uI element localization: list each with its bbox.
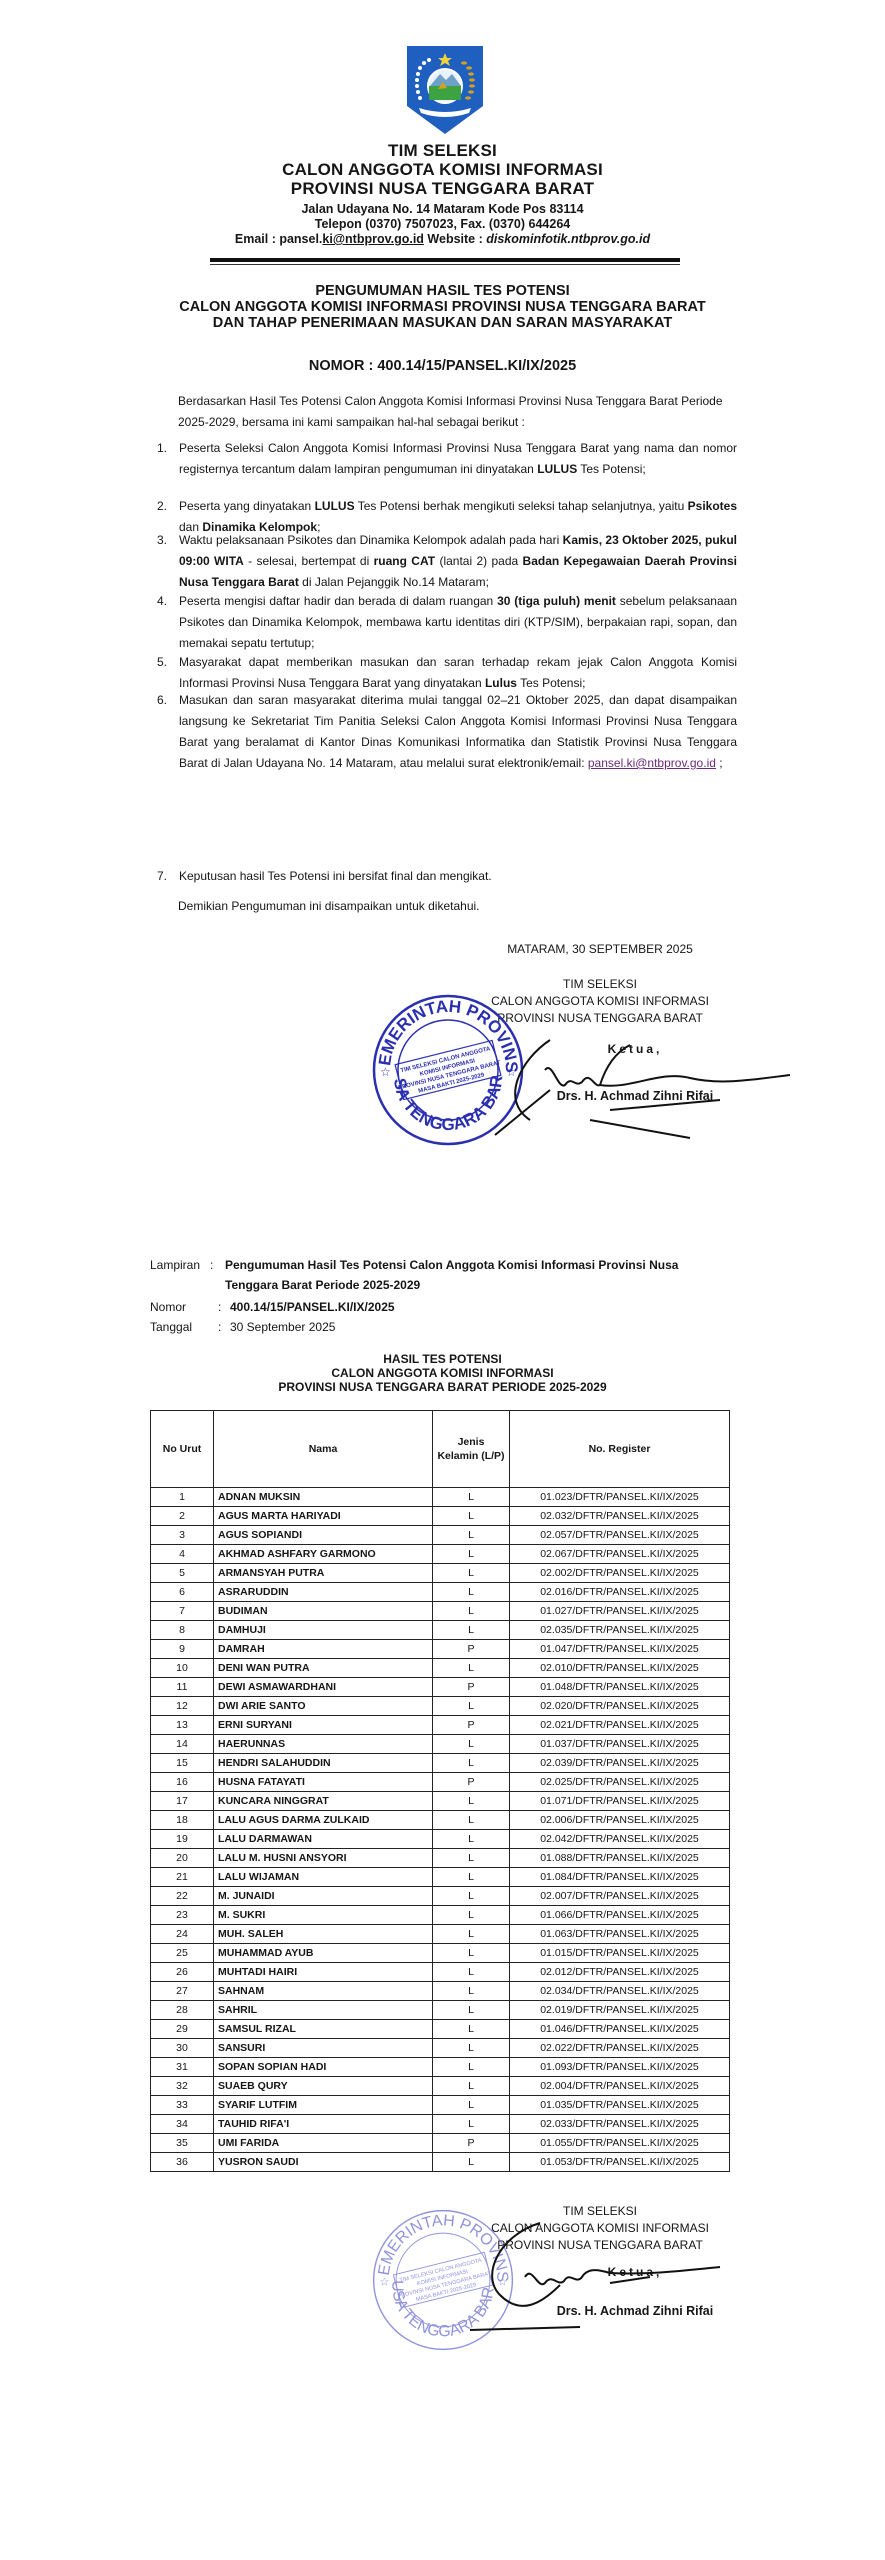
- item-number: 3.: [157, 530, 179, 593]
- announcement-intro: Berdasarkan Hasil Tes Potensi Calon Angg…: [178, 391, 738, 433]
- cell-nama: TAUHID RIFA'I: [214, 2115, 433, 2134]
- table-row: 34TAUHID RIFA'IL02.033/DFTR/PANSEL.KI/IX…: [151, 2115, 730, 2134]
- cell-jenis-kelamin: L: [433, 2058, 510, 2077]
- cell-nama: ARMANSYAH PUTRA: [214, 1564, 433, 1583]
- cell-nama: SAHRIL: [214, 2001, 433, 2020]
- table-row: 28SAHRILL02.019/DFTR/PANSEL.KI/IX/2025: [151, 2001, 730, 2020]
- cell-no-register: 01.023/DFTR/PANSEL.KI/IX/2025: [510, 1488, 730, 1507]
- cell-nama: SANSURI: [214, 2039, 433, 2058]
- cell-no-register: 02.042/DFTR/PANSEL.KI/IX/2025: [510, 1830, 730, 1849]
- emphasis: LULUS: [315, 499, 355, 513]
- table-row: 12DWI ARIE SANTOL02.020/DFTR/PANSEL.KI/I…: [151, 1697, 730, 1716]
- col-jenis-kelamin: Jenis Kelamin (L/P): [433, 1411, 510, 1488]
- table-row: 1ADNAN MUKSINL01.023/DFTR/PANSEL.KI/IX/2…: [151, 1488, 730, 1507]
- table-row: 31SOPAN SOPIAN HADIL01.093/DFTR/PANSEL.K…: [151, 2058, 730, 2077]
- cell-no-register: 02.067/DFTR/PANSEL.KI/IX/2025: [510, 1545, 730, 1564]
- cell-no-register: 01.088/DFTR/PANSEL.KI/IX/2025: [510, 1849, 730, 1868]
- cell-nama: HENDRI SALAHUDDIN: [214, 1754, 433, 1773]
- cell-no-register: 01.015/DFTR/PANSEL.KI/IX/2025: [510, 1944, 730, 1963]
- letterhead-rule-thick: [210, 258, 680, 262]
- text-run: Peserta Seleksi Calon Anggota Komisi Inf…: [179, 441, 737, 476]
- cell-no-urut: 33: [151, 2096, 214, 2115]
- table-row: 24MUH. SALEHL01.063/DFTR/PANSEL.KI/IX/20…: [151, 1925, 730, 1944]
- cell-no-register: 02.034/DFTR/PANSEL.KI/IX/2025: [510, 1982, 730, 2001]
- announcement-item: 7.Keputusan hasil Tes Potensi ini bersif…: [157, 866, 737, 887]
- text-run: Peserta mengisi daftar hadir dan berada …: [179, 594, 497, 608]
- website-label: Website :: [424, 232, 486, 246]
- letterhead-title-2: CALON ANGGOTA KOMISI INFORMASI: [0, 160, 885, 180]
- cell-jenis-kelamin: L: [433, 2020, 510, 2039]
- nomor-value: 400.14/15/PANSEL.KI/IX/2025: [230, 1297, 670, 1317]
- cell-no-register: 01.071/DFTR/PANSEL.KI/IX/2025: [510, 1792, 730, 1811]
- cell-nama: MUHAMMAD AYUB: [214, 1944, 433, 1963]
- announcement-item: 4.Peserta mengisi daftar hadir dan berad…: [157, 591, 737, 654]
- text-run: - selesai, bertempat di: [244, 554, 374, 568]
- cell-jenis-kelamin: L: [433, 1830, 510, 1849]
- website-link[interactable]: diskominfotik.ntbprov.go.id: [486, 232, 650, 246]
- table-row: 21LALU WIJAMANL01.084/DFTR/PANSEL.KI/IX/…: [151, 1868, 730, 1887]
- table-row: 15HENDRI SALAHUDDINL02.039/DFTR/PANSEL.K…: [151, 1754, 730, 1773]
- cell-no-urut: 24: [151, 1925, 214, 1944]
- cell-no-urut: 29: [151, 2020, 214, 2039]
- item-text: Waktu pelaksanaan Psikotes dan Dinamika …: [179, 530, 737, 593]
- table-row: 22M. JUNAIDIL02.007/DFTR/PANSEL.KI/IX/20…: [151, 1887, 730, 1906]
- cell-jenis-kelamin: P: [433, 1640, 510, 1659]
- text-run: Masyarakat dapat memberikan masukan dan …: [179, 655, 737, 690]
- tanggal-value: 30 September 2025: [230, 1317, 670, 1337]
- cell-nama: M. JUNAIDI: [214, 1887, 433, 1906]
- cell-nama: ERNI SURYANI: [214, 1716, 433, 1735]
- table-row: 5ARMANSYAH PUTRAL02.002/DFTR/PANSEL.KI/I…: [151, 1564, 730, 1583]
- cell-nama: DAMHUJI: [214, 1621, 433, 1640]
- cell-no-register: 02.016/DFTR/PANSEL.KI/IX/2025: [510, 1583, 730, 1602]
- colon: :: [210, 1255, 213, 1275]
- cell-no-register: 02.033/DFTR/PANSEL.KI/IX/2025: [510, 2115, 730, 2134]
- table-header-row: No Urut Nama Jenis Kelamin (L/P) No. Reg…: [151, 1411, 730, 1488]
- cell-no-register: 02.025/DFTR/PANSEL.KI/IX/2025: [510, 1773, 730, 1792]
- cell-nama: AGUS SOPIANDI: [214, 1526, 433, 1545]
- cell-no-urut: 6: [151, 1583, 214, 1602]
- emphasis: ruang CAT: [374, 554, 435, 568]
- cell-jenis-kelamin: L: [433, 1754, 510, 1773]
- cell-jenis-kelamin: L: [433, 1849, 510, 1868]
- cell-nama: ASRARUDDIN: [214, 1583, 433, 1602]
- cell-no-urut: 13: [151, 1716, 214, 1735]
- cell-jenis-kelamin: P: [433, 2134, 510, 2153]
- cell-nama: YUSRON SAUDI: [214, 2153, 433, 2172]
- cell-no-register: 01.084/DFTR/PANSEL.KI/IX/2025: [510, 1868, 730, 1887]
- col-no-register: No. Register: [510, 1411, 730, 1488]
- cell-jenis-kelamin: L: [433, 1868, 510, 1887]
- letterhead-title-1: TIM SELEKSI: [0, 141, 885, 161]
- cell-no-urut: 32: [151, 2077, 214, 2096]
- cell-jenis-kelamin: L: [433, 2153, 510, 2172]
- cell-nama: LALU M. HUSNI ANSYORI: [214, 1849, 433, 1868]
- cell-no-urut: 15: [151, 1754, 214, 1773]
- emphasis: 30 (tiga puluh) menit: [497, 594, 616, 608]
- table-row: 14HAERUNNASL01.037/DFTR/PANSEL.KI/IX/202…: [151, 1735, 730, 1754]
- cell-no-register: 02.004/DFTR/PANSEL.KI/IX/2025: [510, 2077, 730, 2096]
- table-row: 2AGUS MARTA HARIYADIL02.032/DFTR/PANSEL.…: [151, 1507, 730, 1526]
- cell-no-urut: 36: [151, 2153, 214, 2172]
- table-row: 33SYARIF LUTFIML01.035/DFTR/PANSEL.KI/IX…: [151, 2096, 730, 2115]
- cell-no-urut: 21: [151, 1868, 214, 1887]
- cell-no-urut: 18: [151, 1811, 214, 1830]
- table-row: 30SANSURIL02.022/DFTR/PANSEL.KI/IX/2025: [151, 2039, 730, 2058]
- cell-no-register: 02.032/DFTR/PANSEL.KI/IX/2025: [510, 1507, 730, 1526]
- cell-jenis-kelamin: P: [433, 1716, 510, 1735]
- text-run: Keputusan hasil Tes Potensi ini bersifat…: [179, 869, 492, 883]
- text-run: Tes Potensi berhak mengikuti seleksi tah…: [355, 499, 688, 513]
- cell-nama: M. SUKRI: [214, 1906, 433, 1925]
- emphasis: Psikotes: [688, 499, 737, 513]
- letterhead-rule-thin: [210, 264, 680, 265]
- results-table: No Urut Nama Jenis Kelamin (L/P) No. Reg…: [150, 1410, 730, 2172]
- cell-jenis-kelamin: L: [433, 1925, 510, 1944]
- cell-no-register: 01.063/DFTR/PANSEL.KI/IX/2025: [510, 1925, 730, 1944]
- table-row: 23M. SUKRIL01.066/DFTR/PANSEL.KI/IX/2025: [151, 1906, 730, 1925]
- announcement-item: 5.Masyarakat dapat memberikan masukan da…: [157, 652, 737, 694]
- item-number: 6.: [157, 690, 179, 774]
- table-row: 3AGUS SOPIANDIL02.057/DFTR/PANSEL.KI/IX/…: [151, 1526, 730, 1545]
- cell-jenis-kelamin: L: [433, 1906, 510, 1925]
- table-row: 16HUSNA FATAYATIP02.025/DFTR/PANSEL.KI/I…: [151, 1773, 730, 1792]
- cell-nama: HUSNA FATAYATI: [214, 1773, 433, 1792]
- table-row: 11DEWI ASMAWARDHANIP01.048/DFTR/PANSEL.K…: [151, 1678, 730, 1697]
- item-number: 4.: [157, 591, 179, 654]
- cell-no-urut: 4: [151, 1545, 214, 1564]
- cell-nama: LALU AGUS DARMA ZULKAID: [214, 1811, 433, 1830]
- cell-no-register: 01.055/DFTR/PANSEL.KI/IX/2025: [510, 2134, 730, 2153]
- cell-no-register: 01.037/DFTR/PANSEL.KI/IX/2025: [510, 1735, 730, 1754]
- table-row: 7BUDIMANL01.027/DFTR/PANSEL.KI/IX/2025: [151, 1602, 730, 1621]
- cell-nama: ADNAN MUKSIN: [214, 1488, 433, 1507]
- letterhead-contact: Email : pansel.ki@ntbprov.go.id Website …: [0, 232, 885, 247]
- email-label: Email : pansel.: [235, 232, 323, 246]
- table-row: 26MUHTADI HAIRIL02.012/DFTR/PANSEL.KI/IX…: [151, 1963, 730, 1982]
- cell-no-urut: 1: [151, 1488, 214, 1507]
- letterhead-address: Jalan Udayana No. 14 Mataram Kode Pos 83…: [0, 202, 885, 217]
- nomor-label: Nomor: [150, 1297, 186, 1317]
- cell-no-urut: 16: [151, 1773, 214, 1792]
- cell-nama: MUH. SALEH: [214, 1925, 433, 1944]
- cell-nama: LALU DARMAWAN: [214, 1830, 433, 1849]
- col-no-urut: No Urut: [151, 1411, 214, 1488]
- cell-jenis-kelamin: L: [433, 2096, 510, 2115]
- cell-no-register: 01.046/DFTR/PANSEL.KI/IX/2025: [510, 2020, 730, 2039]
- cell-jenis-kelamin: L: [433, 1488, 510, 1507]
- cell-jenis-kelamin: L: [433, 2077, 510, 2096]
- cell-jenis-kelamin: L: [433, 1564, 510, 1583]
- table-title-1: HASIL TES POTENSI: [0, 1352, 885, 1366]
- cell-jenis-kelamin: L: [433, 1982, 510, 2001]
- announcement-item: 6.Masukan dan saran masyarakat diterima …: [157, 690, 737, 774]
- cell-no-register: 02.002/DFTR/PANSEL.KI/IX/2025: [510, 1564, 730, 1583]
- cell-no-register: 02.020/DFTR/PANSEL.KI/IX/2025: [510, 1697, 730, 1716]
- handwritten-signature-2-icon: [460, 2215, 760, 2335]
- item-number: 5.: [157, 652, 179, 694]
- cell-nama: AGUS MARTA HARIYADI: [214, 1507, 433, 1526]
- table-row: 18LALU AGUS DARMA ZULKAIDL02.006/DFTR/PA…: [151, 1811, 730, 1830]
- cell-nama: DEWI ASMAWARDHANI: [214, 1678, 433, 1697]
- table-row: 10DENI WAN PUTRAL02.010/DFTR/PANSEL.KI/I…: [151, 1659, 730, 1678]
- item-number: 1.: [157, 438, 179, 480]
- cell-nama: DAMRAH: [214, 1640, 433, 1659]
- cell-no-urut: 22: [151, 1887, 214, 1906]
- email-link[interactable]: ki@ntbprov.go.id: [322, 232, 424, 246]
- cell-nama: AKHMAD ASHFARY GARMONO: [214, 1545, 433, 1564]
- cell-no-register: 01.066/DFTR/PANSEL.KI/IX/2025: [510, 1906, 730, 1925]
- handwritten-signature-icon: [490, 1030, 830, 1140]
- cell-jenis-kelamin: P: [433, 1678, 510, 1697]
- lampiran-header: Lampiran : Pengumuman Hasil Tes Potensi …: [150, 1255, 750, 1335]
- text-run: Tes Potensi;: [517, 676, 585, 690]
- cell-no-urut: 23: [151, 1906, 214, 1925]
- table-title-2: CALON ANGGOTA KOMISI INFORMASI: [0, 1366, 885, 1380]
- cell-no-register: 01.053/DFTR/PANSEL.KI/IX/2025: [510, 2153, 730, 2172]
- cell-no-urut: 5: [151, 1564, 214, 1583]
- cell-jenis-kelamin: L: [433, 1621, 510, 1640]
- cell-jenis-kelamin: L: [433, 1887, 510, 1906]
- table-row: 20LALU M. HUSNI ANSYORIL01.088/DFTR/PANS…: [151, 1849, 730, 1868]
- table-row: 25MUHAMMAD AYUBL01.015/DFTR/PANSEL.KI/IX…: [151, 1944, 730, 1963]
- text-run: (lantai 2) pada: [435, 554, 522, 568]
- svg-text:☆: ☆: [380, 1065, 391, 1079]
- cell-nama: LALU WIJAMAN: [214, 1868, 433, 1887]
- place-date: MATARAM, 30 SEPTEMBER 2025: [450, 941, 750, 958]
- cell-nama: HAERUNNAS: [214, 1735, 433, 1754]
- cell-no-register: 02.035/DFTR/PANSEL.KI/IX/2025: [510, 1621, 730, 1640]
- cell-no-register: 02.057/DFTR/PANSEL.KI/IX/2025: [510, 1526, 730, 1545]
- cell-no-register: 02.010/DFTR/PANSEL.KI/IX/2025: [510, 1659, 730, 1678]
- cell-no-register: 01.027/DFTR/PANSEL.KI/IX/2025: [510, 1602, 730, 1621]
- cell-nama: DENI WAN PUTRA: [214, 1659, 433, 1678]
- cell-jenis-kelamin: L: [433, 1507, 510, 1526]
- cell-nama: KUNCARA NINGGRAT: [214, 1792, 433, 1811]
- table-row: 27SAHNAML02.034/DFTR/PANSEL.KI/IX/2025: [151, 1982, 730, 2001]
- cell-no-urut: 34: [151, 2115, 214, 2134]
- cell-no-register: 01.093/DFTR/PANSEL.KI/IX/2025: [510, 2058, 730, 2077]
- colon: :: [218, 1317, 221, 1337]
- item-text: Masyarakat dapat memberikan masukan dan …: [179, 652, 737, 694]
- cell-no-urut: 26: [151, 1963, 214, 1982]
- cell-jenis-kelamin: L: [433, 1963, 510, 1982]
- cell-jenis-kelamin: P: [433, 1773, 510, 1792]
- cell-nama: MUHTADI HAIRI: [214, 1963, 433, 1982]
- cell-nama: DWI ARIE SANTO: [214, 1697, 433, 1716]
- table-row: 36YUSRON SAUDIL01.053/DFTR/PANSEL.KI/IX/…: [151, 2153, 730, 2172]
- cell-no-urut: 3: [151, 1526, 214, 1545]
- table-row: 19LALU DARMAWANL02.042/DFTR/PANSEL.KI/IX…: [151, 1830, 730, 1849]
- text-run: Tes Potensi;: [577, 462, 645, 476]
- cell-jenis-kelamin: L: [433, 1545, 510, 1564]
- emphasis: LULUS: [537, 462, 577, 476]
- cell-no-urut: 11: [151, 1678, 214, 1697]
- cell-no-urut: 19: [151, 1830, 214, 1849]
- announcement-title-3: DAN TAHAP PENERIMAAN MASUKAN DAN SARAN M…: [0, 315, 885, 331]
- cell-nama: SUAEB QURY: [214, 2077, 433, 2096]
- cell-no-register: 02.007/DFTR/PANSEL.KI/IX/2025: [510, 1887, 730, 1906]
- text-run: di Jalan Pejanggik No.14 Mataram;: [299, 575, 489, 589]
- item-text: Peserta Seleksi Calon Anggota Komisi Inf…: [179, 438, 737, 480]
- emphasis: Lulus: [485, 676, 517, 690]
- col-nama: Nama: [214, 1411, 433, 1488]
- cell-jenis-kelamin: L: [433, 2001, 510, 2020]
- cell-jenis-kelamin: L: [433, 1602, 510, 1621]
- item-text: Keputusan hasil Tes Potensi ini bersifat…: [179, 866, 737, 887]
- cell-no-urut: 9: [151, 1640, 214, 1659]
- cell-no-urut: 30: [151, 2039, 214, 2058]
- cell-no-register: 02.006/DFTR/PANSEL.KI/IX/2025: [510, 1811, 730, 1830]
- table-row: 29SAMSUL RIZALL01.046/DFTR/PANSEL.KI/IX/…: [151, 2020, 730, 2039]
- announcement-title-2: CALON ANGGOTA KOMISI INFORMASI PROVINSI …: [0, 299, 885, 315]
- svg-text:☆: ☆: [379, 2277, 389, 2289]
- cell-no-urut: 10: [151, 1659, 214, 1678]
- cell-nama: SAMSUL RIZAL: [214, 2020, 433, 2039]
- tanggal-label: Tanggal: [150, 1317, 192, 1337]
- cell-no-urut: 31: [151, 2058, 214, 2077]
- colon: :: [218, 1297, 221, 1317]
- cell-nama: BUDIMAN: [214, 1602, 433, 1621]
- cell-no-urut: 14: [151, 1735, 214, 1754]
- cell-no-urut: 7: [151, 1602, 214, 1621]
- cell-no-register: 02.021/DFTR/PANSEL.KI/IX/2025: [510, 1716, 730, 1735]
- text-run: Peserta yang dinyatakan: [179, 499, 315, 513]
- cell-jenis-kelamin: L: [433, 1526, 510, 1545]
- cell-no-register: 02.012/DFTR/PANSEL.KI/IX/2025: [510, 1963, 730, 1982]
- cell-jenis-kelamin: L: [433, 2039, 510, 2058]
- letterhead-title-3: PROVINSI NUSA TENGGARA BARAT: [0, 179, 885, 199]
- cell-jenis-kelamin: L: [433, 1659, 510, 1678]
- announcement-number: NOMOR : 400.14/15/PANSEL.KI/IX/2025: [0, 358, 885, 374]
- cell-no-urut: 27: [151, 1982, 214, 2001]
- cell-no-urut: 20: [151, 1849, 214, 1868]
- cell-no-urut: 25: [151, 1944, 214, 1963]
- cell-no-urut: 17: [151, 1792, 214, 1811]
- table-title-3: PROVINSI NUSA TENGGARA BARAT PERIODE 202…: [0, 1380, 885, 1394]
- table-row: 6ASRARUDDINL02.016/DFTR/PANSEL.KI/IX/202…: [151, 1583, 730, 1602]
- item-number: 7.: [157, 866, 179, 887]
- lampiran-value: Pengumuman Hasil Tes Potensi Calon Anggo…: [225, 1255, 695, 1295]
- lampiran-label: Lampiran: [150, 1255, 200, 1275]
- cell-no-register: 01.035/DFTR/PANSEL.KI/IX/2025: [510, 2096, 730, 2115]
- cell-no-urut: 28: [151, 2001, 214, 2020]
- cell-jenis-kelamin: L: [433, 1811, 510, 1830]
- email-link[interactable]: pansel.ki@ntbprov.go.id: [588, 756, 716, 770]
- letterhead-phone: Telepon (0370) 7507023, Fax. (0370) 6442…: [0, 217, 885, 232]
- table-row: 8DAMHUJIL02.035/DFTR/PANSEL.KI/IX/2025: [151, 1621, 730, 1640]
- table-row: 4AKHMAD ASHFARY GARMONOL02.067/DFTR/PANS…: [151, 1545, 730, 1564]
- cell-no-register: 02.039/DFTR/PANSEL.KI/IX/2025: [510, 1754, 730, 1773]
- text-run: ;: [716, 756, 723, 770]
- cell-jenis-kelamin: L: [433, 2115, 510, 2134]
- cell-no-urut: 12: [151, 1697, 214, 1716]
- cell-jenis-kelamin: L: [433, 1735, 510, 1754]
- table-row: 32SUAEB QURYL02.004/DFTR/PANSEL.KI/IX/20…: [151, 2077, 730, 2096]
- cell-nama: UMI FARIDA: [214, 2134, 433, 2153]
- cell-jenis-kelamin: L: [433, 1583, 510, 1602]
- cell-no-register: 02.019/DFTR/PANSEL.KI/IX/2025: [510, 2001, 730, 2020]
- cell-no-urut: 8: [151, 1621, 214, 1640]
- cell-no-register: 01.047/DFTR/PANSEL.KI/IX/2025: [510, 1640, 730, 1659]
- announcement-item: 3.Waktu pelaksanaan Psikotes dan Dinamik…: [157, 530, 737, 593]
- cell-no-register: 02.022/DFTR/PANSEL.KI/IX/2025: [510, 2039, 730, 2058]
- cell-jenis-kelamin: L: [433, 1944, 510, 1963]
- closing-text: Demikian Pengumuman ini disampaikan untu…: [178, 896, 738, 917]
- cell-no-urut: 2: [151, 1507, 214, 1526]
- table-row: 17KUNCARA NINGGRATL01.071/DFTR/PANSEL.KI…: [151, 1792, 730, 1811]
- announcement-item: 1.Peserta Seleksi Calon Anggota Komisi I…: [157, 438, 737, 480]
- cell-nama: SYARIF LUTFIM: [214, 2096, 433, 2115]
- ntb-emblem-logo: [405, 44, 485, 136]
- cell-nama: SAHNAM: [214, 1982, 433, 2001]
- text-run: Waktu pelaksanaan Psikotes dan Dinamika …: [179, 533, 563, 547]
- table-row: 13ERNI SURYANIP02.021/DFTR/PANSEL.KI/IX/…: [151, 1716, 730, 1735]
- announcement-title-1: PENGUMUMAN HASIL TES POTENSI: [0, 283, 885, 299]
- cell-jenis-kelamin: L: [433, 1792, 510, 1811]
- cell-jenis-kelamin: L: [433, 1697, 510, 1716]
- item-text: Peserta mengisi daftar hadir dan berada …: [179, 591, 737, 654]
- item-text: Masukan dan saran masyarakat diterima mu…: [179, 690, 737, 774]
- cell-nama: SOPAN SOPIAN HADI: [214, 2058, 433, 2077]
- table-row: 9DAMRAHP01.047/DFTR/PANSEL.KI/IX/2025: [151, 1640, 730, 1659]
- table-row: 35UMI FARIDAP01.055/DFTR/PANSEL.KI/IX/20…: [151, 2134, 730, 2153]
- cell-no-register: 01.048/DFTR/PANSEL.KI/IX/2025: [510, 1678, 730, 1697]
- cell-no-urut: 35: [151, 2134, 214, 2153]
